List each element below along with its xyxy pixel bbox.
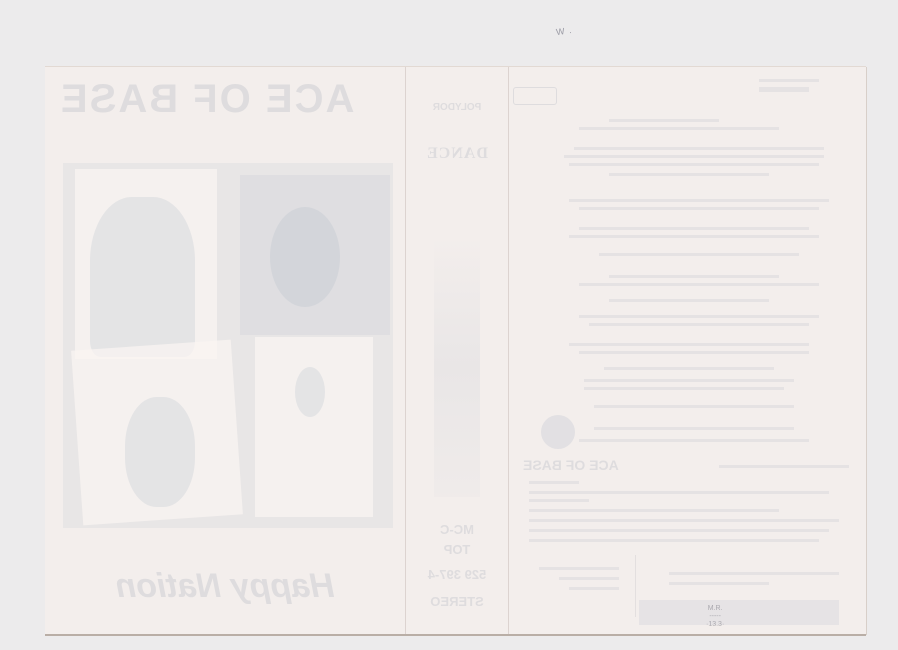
text-line <box>594 405 794 408</box>
logo-box-showthrough <box>513 87 557 105</box>
text-line <box>579 283 819 286</box>
text-line <box>579 127 779 130</box>
text-line <box>719 465 849 468</box>
back-panel: ACE OF BASE M.R. ----- ·13.3· <box>509 67 866 634</box>
stamp-line: ----- <box>706 613 724 621</box>
spine-code: TOP <box>406 542 508 557</box>
text-line <box>579 351 809 354</box>
text-line <box>609 299 769 302</box>
spine-code: STEREO <box>406 594 508 609</box>
spine-code: 529 397-4 <box>406 567 508 582</box>
text-line <box>569 199 829 202</box>
text-line <box>569 163 819 166</box>
text-line <box>529 509 779 512</box>
text-line <box>529 519 839 522</box>
text-line <box>609 119 719 122</box>
text-line <box>579 439 809 442</box>
photo-portrait-bottom-right <box>255 337 373 517</box>
text-line <box>579 315 819 318</box>
spine-label: POLYDOR <box>406 102 508 113</box>
spine-panel: POLYDOR DANCE MC-C TOP 529 397-4 STEREO <box>406 67 508 634</box>
text-line <box>669 572 839 575</box>
front-panel: ACE OF BASE Happy Nation <box>45 67 405 634</box>
text-line <box>529 539 819 542</box>
text-line <box>589 323 809 326</box>
text-line <box>579 227 809 230</box>
text-line <box>569 343 809 346</box>
barcode-strip-showthrough <box>639 600 839 625</box>
spine-code: MC-C <box>406 522 508 537</box>
text-line <box>584 379 794 382</box>
text-line <box>564 155 824 158</box>
stray-pencil-mark: W . <box>555 25 573 37</box>
spine-vertical-text-showthrough <box>434 237 480 497</box>
text-line <box>604 367 774 370</box>
spine-title: DANCE <box>406 145 508 163</box>
text-line <box>594 427 794 430</box>
text-line <box>669 582 769 585</box>
text-line <box>609 275 779 278</box>
text-line <box>529 481 579 484</box>
stamp-line: M.R. <box>706 605 724 613</box>
text-line <box>529 491 829 494</box>
text-line <box>759 79 819 82</box>
front-bottom-showthrough: Happy Nation <box>65 567 385 606</box>
text-line <box>574 147 824 150</box>
logo-circle-showthrough <box>541 415 575 449</box>
handwritten-stamp: M.R. ----- ·13.3· <box>706 605 724 629</box>
text-line <box>609 173 769 176</box>
text-line <box>599 253 799 256</box>
text-line <box>584 387 784 390</box>
stamp-line: ·13.3· <box>706 621 724 629</box>
text-line <box>559 577 619 580</box>
text-line <box>569 235 819 238</box>
front-title-showthrough: ACE OF BASE <box>59 77 394 122</box>
figure-silhouette <box>90 197 195 357</box>
text-line <box>529 529 829 532</box>
text-line <box>569 587 619 590</box>
text-line <box>579 207 819 210</box>
back-artist-showthrough: ACE OF BASE <box>523 457 619 473</box>
cassette-inlay-card: ACE OF BASE Happy Nation POLYDOR DANCE M… <box>45 66 866 634</box>
text-line <box>529 499 589 502</box>
figure-silhouette <box>270 207 340 307</box>
credits-box <box>523 555 636 617</box>
figure-head <box>295 367 325 417</box>
figure-silhouette <box>125 397 195 507</box>
text-line <box>759 87 809 92</box>
text-line <box>539 567 619 570</box>
